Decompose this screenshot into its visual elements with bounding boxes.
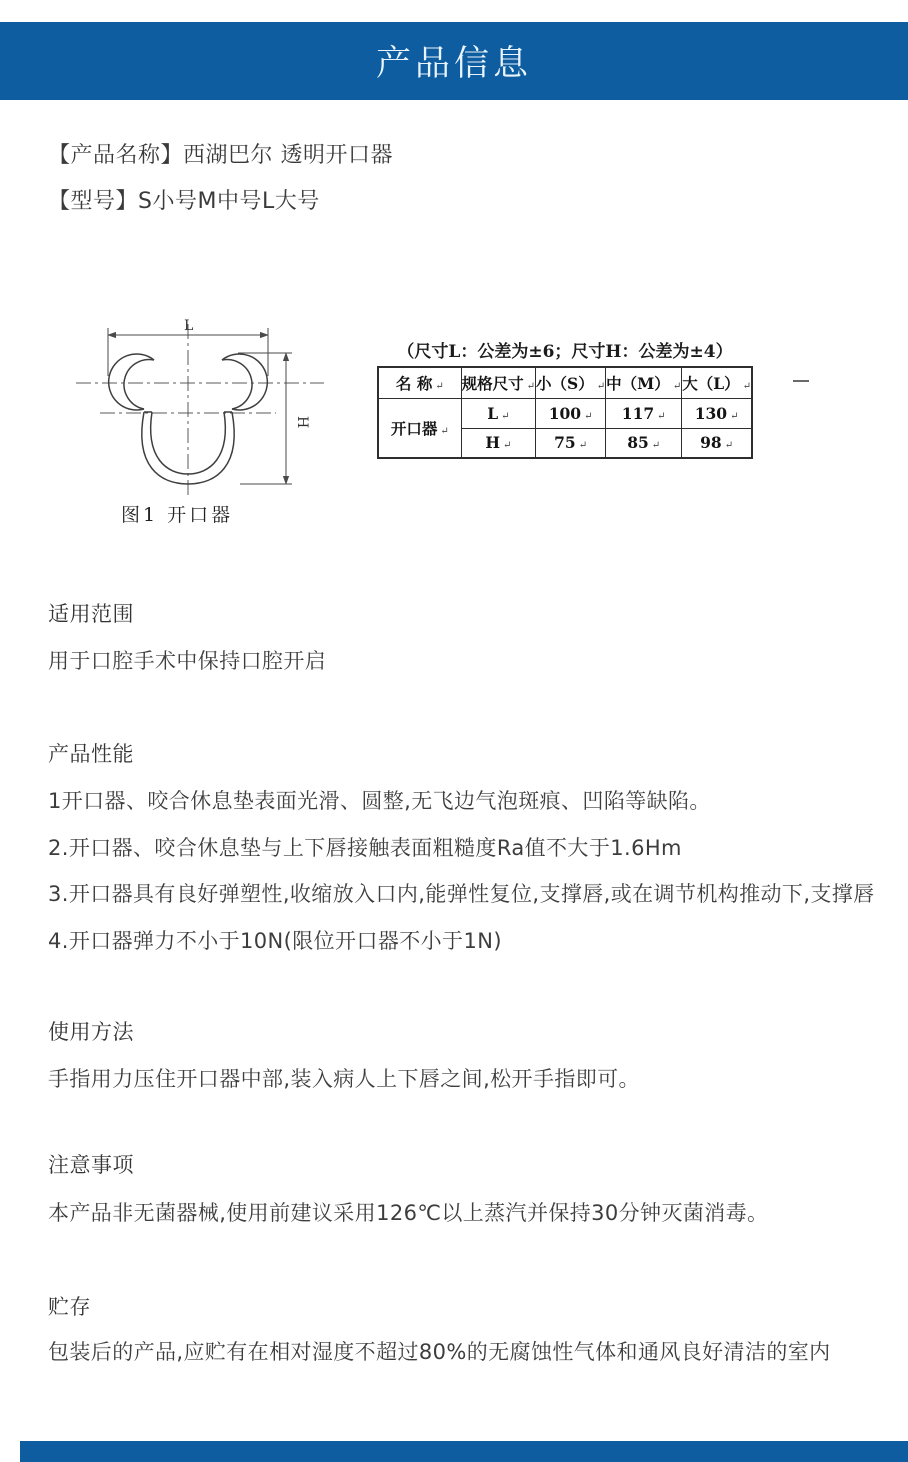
- section-heading-precautions: 注意事项: [48, 1149, 134, 1179]
- cell-text: 85: [627, 433, 649, 452]
- header-cell-name: 名 称↵: [378, 367, 461, 398]
- paragraph: 3.开口器具有良好弹塑性,收缩放入口内,能弹性复位,支撑唇,或在调节机构推动下,…: [48, 878, 875, 908]
- header-cell-spec: 规格尺寸↵: [461, 367, 535, 398]
- next-section-banner-edge: [20, 1441, 908, 1462]
- cell-text: 100: [549, 404, 581, 423]
- header-text: 规格尺寸: [462, 374, 524, 393]
- paragraph: 本产品非无菌器械,使用前建议采用126℃以上蒸汽并保持30分钟灭菌消毒。: [48, 1197, 768, 1227]
- cell-text: H: [485, 433, 500, 452]
- header-text: 大（L）: [682, 374, 739, 393]
- cell-L-medium: 117↵: [606, 398, 682, 428]
- return-mark: ↵: [725, 440, 733, 451]
- cell-text: L: [487, 404, 498, 423]
- cell-text: 75: [554, 433, 576, 452]
- return-mark: ↵: [501, 411, 509, 422]
- cell-text: 98: [700, 433, 722, 452]
- cell-dim-L: L↵: [461, 398, 535, 428]
- paragraph: 2.开口器、咬合休息垫与上下唇接触表面粗糙度Ra值不大于1.6Hm: [48, 832, 682, 862]
- dimension-label-L: L: [184, 318, 193, 334]
- product-name-line: 【产品名称】西湖巴尔 透明开口器: [48, 138, 393, 169]
- return-mark: ↵: [579, 440, 587, 451]
- return-mark: ↵: [503, 440, 511, 451]
- return-mark: ↵: [652, 440, 660, 451]
- tolerance-note: （尺寸L：公差为±6；尺寸H：公差为±4）: [377, 337, 753, 362]
- header-cell-large: 大（L）↵: [682, 367, 752, 398]
- mouth-opener-drawing: L H: [70, 316, 330, 506]
- cell-dim-H: H↵: [461, 428, 535, 458]
- cell-H-medium: 85↵: [606, 428, 682, 458]
- header-text: 小（S）: [536, 374, 594, 393]
- header-text: 中（M）: [606, 374, 670, 393]
- centerline-stray-dash: [793, 380, 809, 382]
- return-mark: ↵: [527, 381, 535, 392]
- figure-caption: 图1 开口器: [121, 500, 233, 527]
- section-heading-scope: 适用范围: [48, 598, 134, 628]
- header-text: 名 称: [396, 374, 432, 393]
- return-mark: ↵: [440, 426, 448, 437]
- dimension-label-H: H: [294, 416, 310, 428]
- return-mark: ↵: [743, 381, 751, 392]
- section-heading-usage: 使用方法: [48, 1016, 134, 1046]
- product-info-page: 产品信息 【产品名称】西湖巴尔 透明开口器 【型号】S小号M中号L大号 L H: [0, 0, 908, 1462]
- cell-H-small: 75↵: [536, 428, 606, 458]
- return-mark: ↵: [657, 411, 665, 422]
- cell-L-small: 100↵: [536, 398, 606, 428]
- cell-product-name: 开口器↵: [378, 398, 461, 458]
- header-cell-medium: 中（M）↵: [606, 367, 682, 398]
- cell-text: 130: [695, 404, 727, 423]
- page-title: 产品信息: [376, 36, 532, 86]
- product-model-line: 【型号】S小号M中号L大号: [48, 184, 320, 215]
- paragraph: 用于口腔手术中保持口腔开启: [48, 645, 326, 675]
- cell-H-large: 98↵: [682, 428, 752, 458]
- paragraph: 包装后的产品,应贮有在相对湿度不超过80%的无腐蚀性气体和通风良好清洁的室内: [48, 1336, 831, 1366]
- cell-L-large: 130↵: [682, 398, 752, 428]
- left-hook-inner: [124, 359, 154, 409]
- cell-text: 117: [622, 404, 654, 423]
- table-header-row: 名 称↵ 规格尺寸↵ 小（S）↵ 中（M）↵ 大（L）↵: [378, 367, 752, 398]
- return-mark: ↵: [435, 381, 443, 392]
- paragraph: 1开口器、咬合休息垫表面光滑、圆整,无飞边气泡斑痕、凹陷等缺陷。: [48, 785, 711, 815]
- return-mark: ↵: [584, 411, 592, 422]
- header-cell-small: 小（S）↵: [536, 367, 606, 398]
- right-hook-inner: [222, 359, 252, 409]
- section-heading-performance: 产品性能: [48, 738, 134, 768]
- paragraph: 4.开口器弹力不小于10N(限位开口器不小于1N): [48, 925, 502, 955]
- paragraph: 手指用力压住开口器中部,装入病人上下唇之间,松开手指即可。: [48, 1063, 640, 1093]
- return-mark: ↵: [673, 381, 681, 392]
- cell-text: 开口器: [391, 419, 438, 438]
- return-mark: ↵: [730, 411, 738, 422]
- section-banner: 产品信息: [0, 22, 908, 100]
- return-mark: ↵: [597, 381, 605, 392]
- table-row-L: 开口器↵ L↵ 100↵ 117↵ 130↵: [378, 398, 752, 428]
- spec-table: 名 称↵ 规格尺寸↵ 小（S）↵ 中（M）↵ 大（L）↵ 开口器↵ L↵ 100…: [377, 366, 753, 459]
- section-heading-storage: 贮存: [48, 1291, 91, 1321]
